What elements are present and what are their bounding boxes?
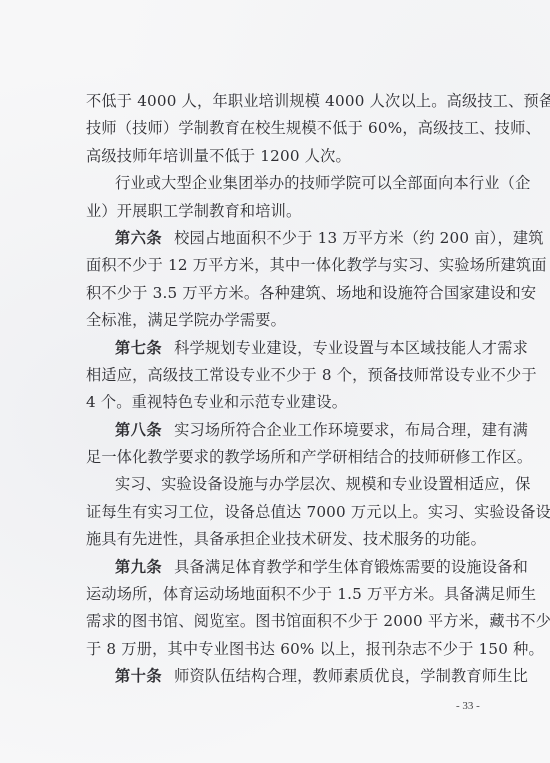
article-number: 第九条 (115, 558, 162, 576)
line-text: 相适应，高级技工常设专业不少于 8 个，预备技师常设专业不少于 (86, 366, 537, 384)
line-text: 运动场所，体育运动场地面积不少于 1.5 万平方米。具备满足师生 (86, 585, 536, 603)
text-line: 足一体化教学要求的教学场所和产学研相结合的技师研修工作区。 (86, 444, 488, 471)
line-text: 施具有先进性，具备承担企业技术研发、技术服务的功能。 (86, 530, 486, 548)
line-text: 校园占地面积不少于 13 万平方米（约 200 亩），建筑 (174, 229, 544, 247)
article-number: 第八条 (115, 421, 162, 439)
article-heading-line: 第七条科学规划专业建设，专业设置与本区域技能人才需求 (86, 335, 488, 362)
text-line: 技师（技师）学制教育在校生规模不低于 60%，高级技工、技师、 (86, 115, 488, 142)
text-line: 需求的图书馆、阅览室。图书馆面积不少于 2000 平方米，藏书不少 (86, 608, 488, 635)
article-heading-line: 第九条具备满足体育教学和学生体育锻炼需要的设施设备和 (86, 554, 488, 581)
line-text: 需求的图书馆、阅览室。图书馆面积不少于 2000 平方米，藏书不少 (86, 612, 550, 630)
line-text: 实习、实验设备设施与办学层次、规模和专业设置相适应，保 (115, 475, 530, 493)
line-text: 技师（技师）学制教育在校生规模不低于 60%，高级技工、技师、 (86, 119, 541, 137)
text-line: 4 个。重视特色专业和示范专业建设。 (86, 389, 488, 416)
document-body: 不低于 4000 人，年职业培训规模 4000 人次以上。高级技工、预备技师（技… (86, 88, 488, 691)
article-number: 第六条 (115, 229, 162, 247)
text-line: 面积不少于 12 万平方米，其中一体化教学与实习、实验场所建筑面 (86, 252, 488, 279)
line-text: 高级技师年培训量不低于 1200 人次。 (86, 147, 351, 165)
line-text: 不低于 4000 人，年职业培训规模 4000 人次以上。高级技工、预备 (86, 92, 550, 110)
line-text: 科学规划专业建设，专业设置与本区域技能人才需求 (174, 339, 528, 357)
article-heading-line: 第八条实习场所符合企业工作环境要求，布局合理，建有满 (86, 417, 488, 444)
text-line: 于 8 万册，其中专业图书达 60% 以上，报刊杂志不少于 150 种。 (86, 636, 488, 663)
article-number: 第十条 (115, 667, 162, 685)
text-line: 高级技师年培训量不低于 1200 人次。 (86, 143, 488, 170)
line-text: 师资队伍结构合理，教师素质优良，学制教育师生比 (174, 667, 528, 685)
text-line: 证每生有实习工位，设备总值达 7000 万元以上。实习、实验设备设 (86, 499, 488, 526)
article-heading-line: 第六条校园占地面积不少于 13 万平方米（约 200 亩），建筑 (86, 225, 488, 252)
line-text: 业）开展职工学制教育和培训。 (86, 202, 301, 220)
article-number: 第七条 (115, 339, 162, 357)
text-line: 施具有先进性，具备承担企业技术研发、技术服务的功能。 (86, 526, 488, 553)
line-text: 足一体化教学要求的教学场所和产学研相结合的技师研修工作区。 (86, 448, 532, 466)
page-number: - 33 - (456, 700, 480, 712)
article-heading-line: 第十条师资队伍结构合理，教师素质优良，学制教育师生比 (86, 663, 488, 690)
line-text: 具备满足体育教学和学生体育锻炼需要的设施设备和 (174, 558, 528, 576)
line-text: 实习场所符合企业工作环境要求，布局合理，建有满 (174, 421, 528, 439)
line-text: 积不少于 3.5 万平方米。各种建筑、场地和设施符合国家建设和安 (86, 284, 536, 302)
line-text: 证每生有实习工位，设备总值达 7000 万元以上。实习、实验设备设 (86, 503, 550, 521)
text-line: 相适应，高级技工常设专业不少于 8 个，预备技师常设专业不少于 (86, 362, 488, 389)
text-line: 实习、实验设备设施与办学层次、规模和专业设置相适应，保 (86, 471, 488, 498)
line-text: 面积不少于 12 万平方米，其中一体化教学与实习、实验场所建筑面 (86, 256, 547, 274)
line-text: 于 8 万册，其中专业图书达 60% 以上，报刊杂志不少于 150 种。 (86, 640, 544, 658)
line-text: 4 个。重视特色专业和示范专业建设。 (86, 393, 347, 411)
text-line: 全标准，满足学院办学需要。 (86, 307, 488, 334)
text-line: 业）开展职工学制教育和培训。 (86, 198, 488, 225)
text-line: 行业或大型企业集团举办的技师学院可以全部面向本行业（企 (86, 170, 488, 197)
text-line: 不低于 4000 人，年职业培训规模 4000 人次以上。高级技工、预备 (86, 88, 488, 115)
text-line: 运动场所，体育运动场地面积不少于 1.5 万平方米。具备满足师生 (86, 581, 488, 608)
text-line: 积不少于 3.5 万平方米。各种建筑、场地和设施符合国家建设和安 (86, 280, 488, 307)
line-text: 行业或大型企业集团举办的技师学院可以全部面向本行业（企 (115, 174, 530, 192)
line-text: 全标准，满足学院办学需要。 (86, 311, 286, 329)
